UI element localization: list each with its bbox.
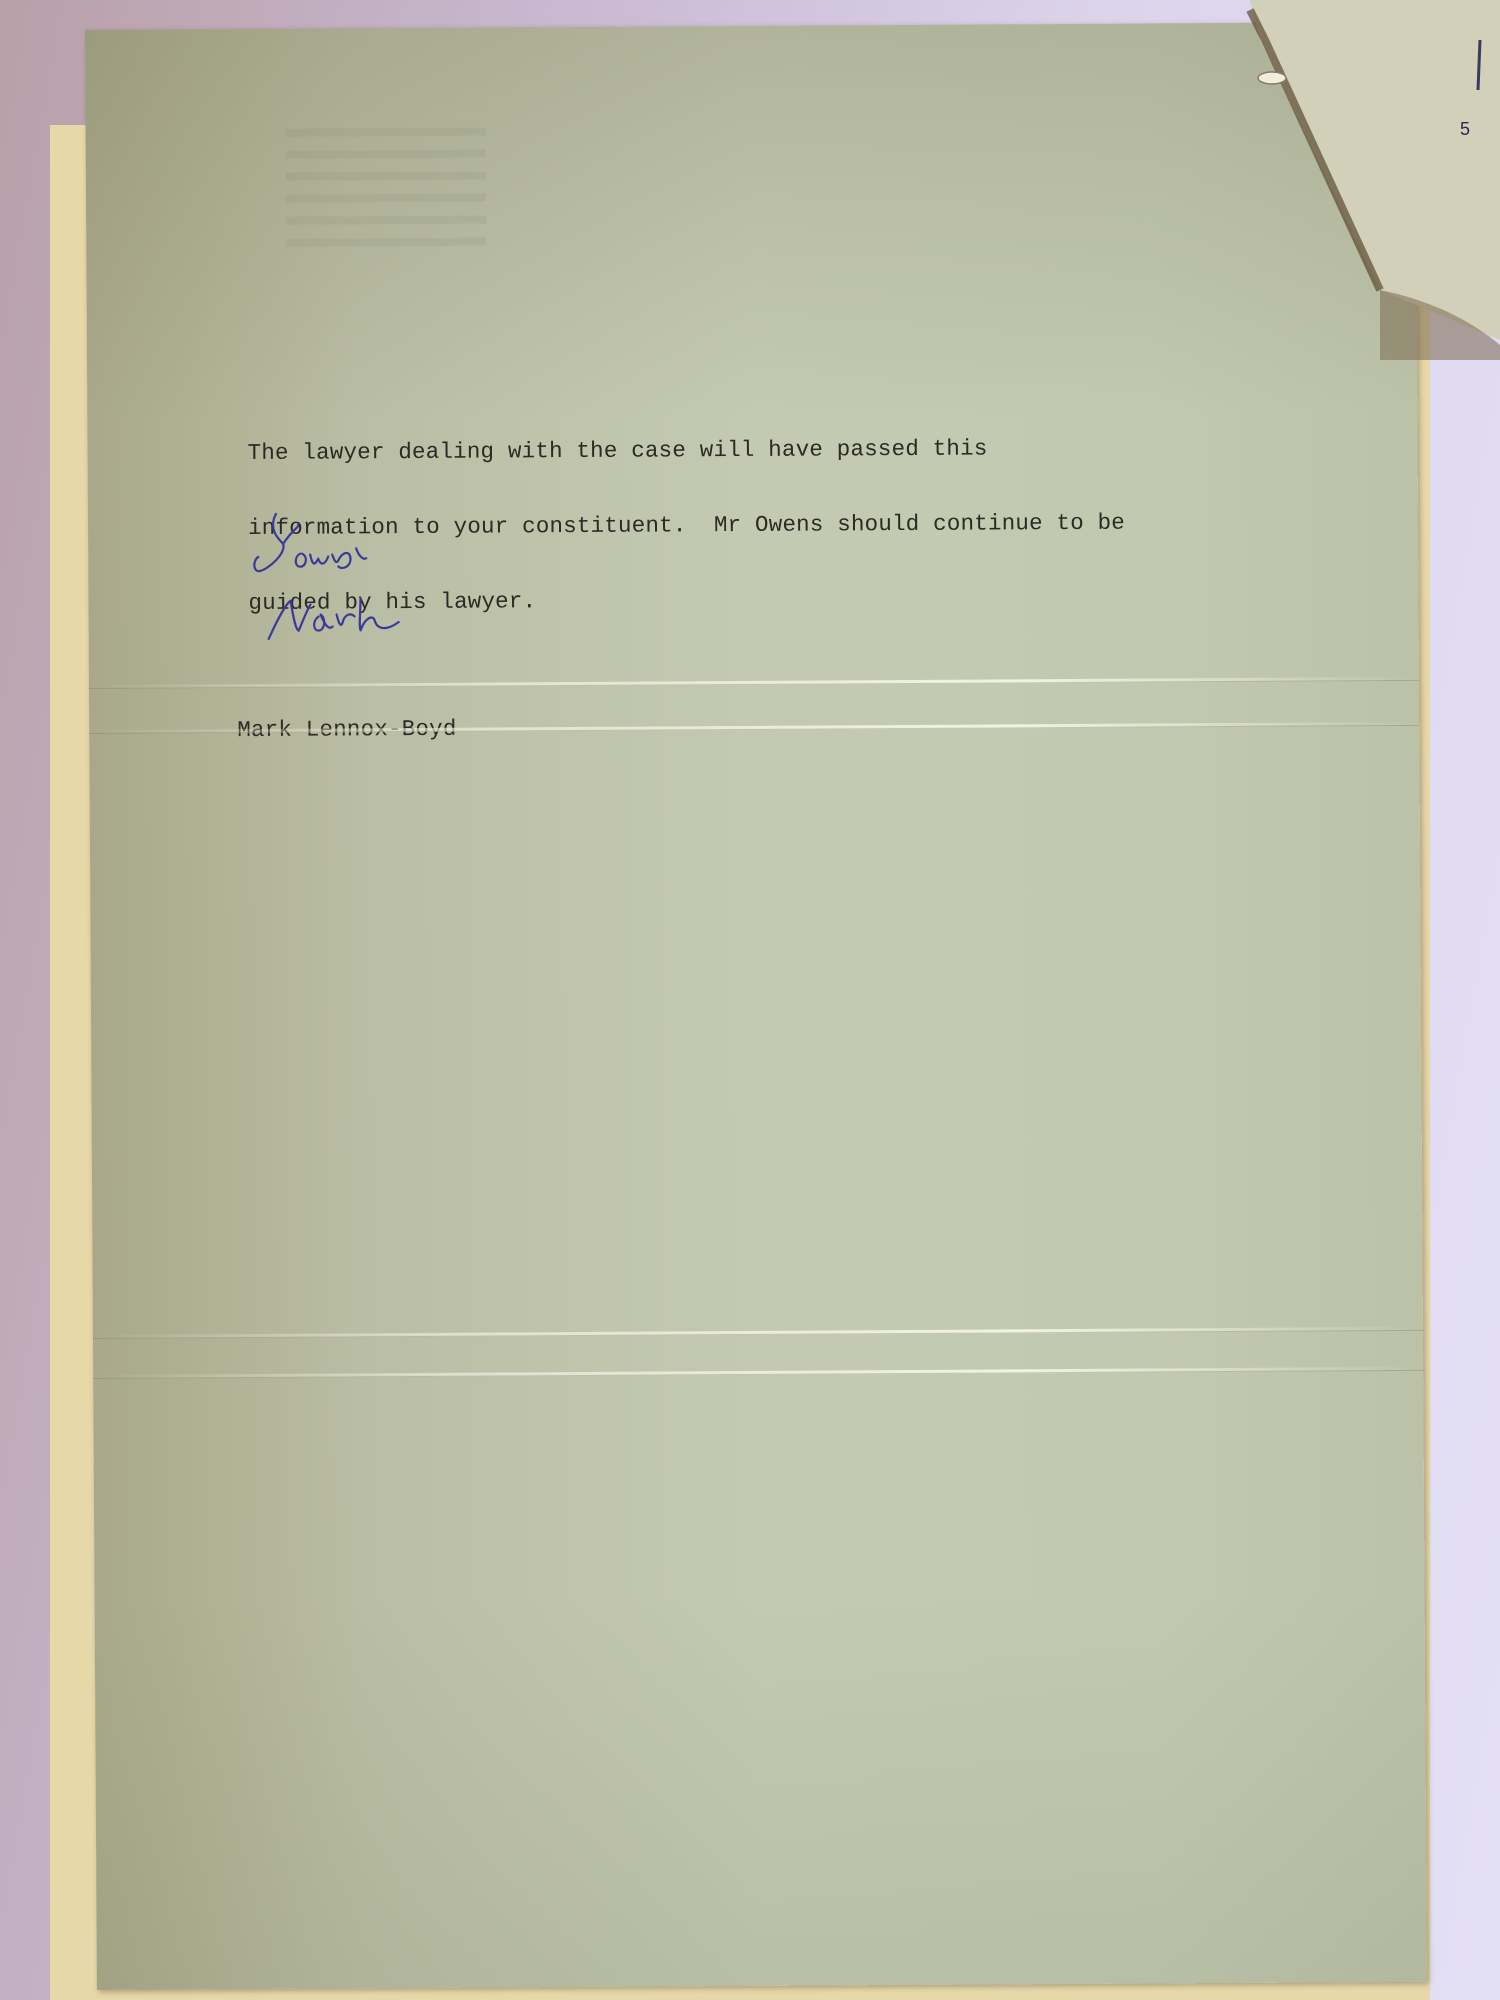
page-corner-icon: 5 — [1240, 0, 1500, 360]
handwritten-signature: Yours — [238, 498, 479, 649]
body-line: The lawyer dealing with the case will ha… — [248, 434, 1398, 466]
letter-page: The lawyer dealing with the case will ha… — [85, 22, 1427, 1990]
fold-crease — [93, 1327, 1423, 1339]
svg-text:5: 5 — [1460, 119, 1470, 139]
signature-ink-icon: Yours — [238, 498, 479, 649]
adjacent-page-corner: 5 — [1240, 0, 1500, 360]
fold-crease — [89, 677, 1419, 689]
faint-letterhead-showthrough — [286, 128, 487, 249]
fold-crease — [93, 1367, 1423, 1379]
